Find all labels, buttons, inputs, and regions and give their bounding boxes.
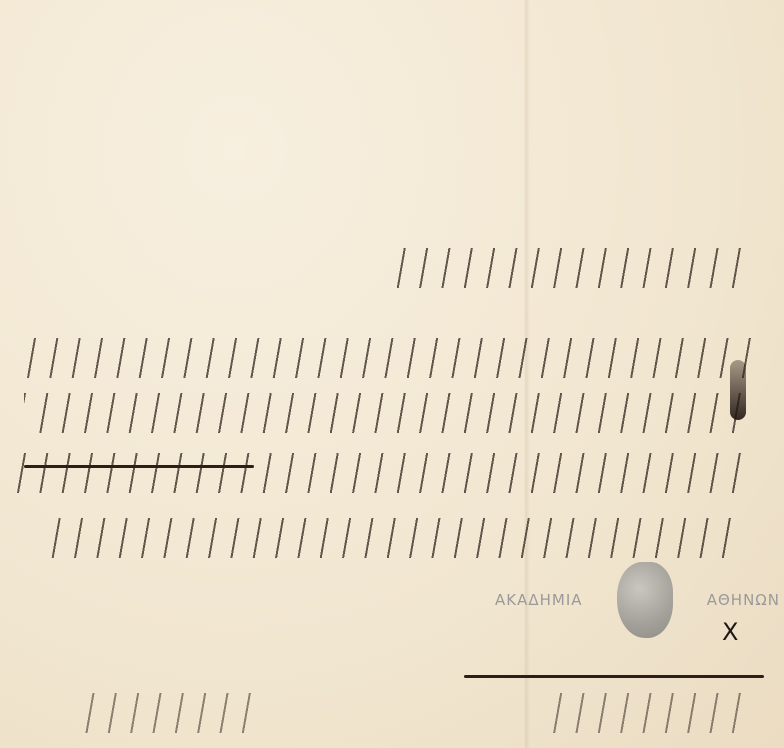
hand-line-6: [illegible handwriting – signature/closi… [544, 693, 744, 733]
underline-stroke [24, 465, 254, 468]
hand-line-3: [illegible handwriting] [24, 393, 744, 433]
ink-blot [730, 360, 746, 420]
watermark-right-text: ΑΘΗΝΩΝ [707, 591, 780, 609]
watermark-left-text: ΑΚΑΔΗΜΙΑ [495, 591, 583, 609]
hand-line-1: [illegible handwriting – short line in p… [384, 248, 744, 288]
classical-head-emblem-icon [617, 562, 673, 638]
hand-line-5: [illegible handwriting] [44, 518, 734, 558]
x-mark: X [722, 618, 738, 646]
hand-line-7: [illegible handwriting – word at page fo… [74, 693, 254, 733]
manuscript-page: [illegible handwriting – short line in p… [0, 0, 784, 748]
hand-line-2: [illegible handwriting] [14, 338, 754, 378]
hand-line-4: [illegible handwriting – partially under… [14, 453, 744, 493]
signature-rule [464, 675, 764, 678]
